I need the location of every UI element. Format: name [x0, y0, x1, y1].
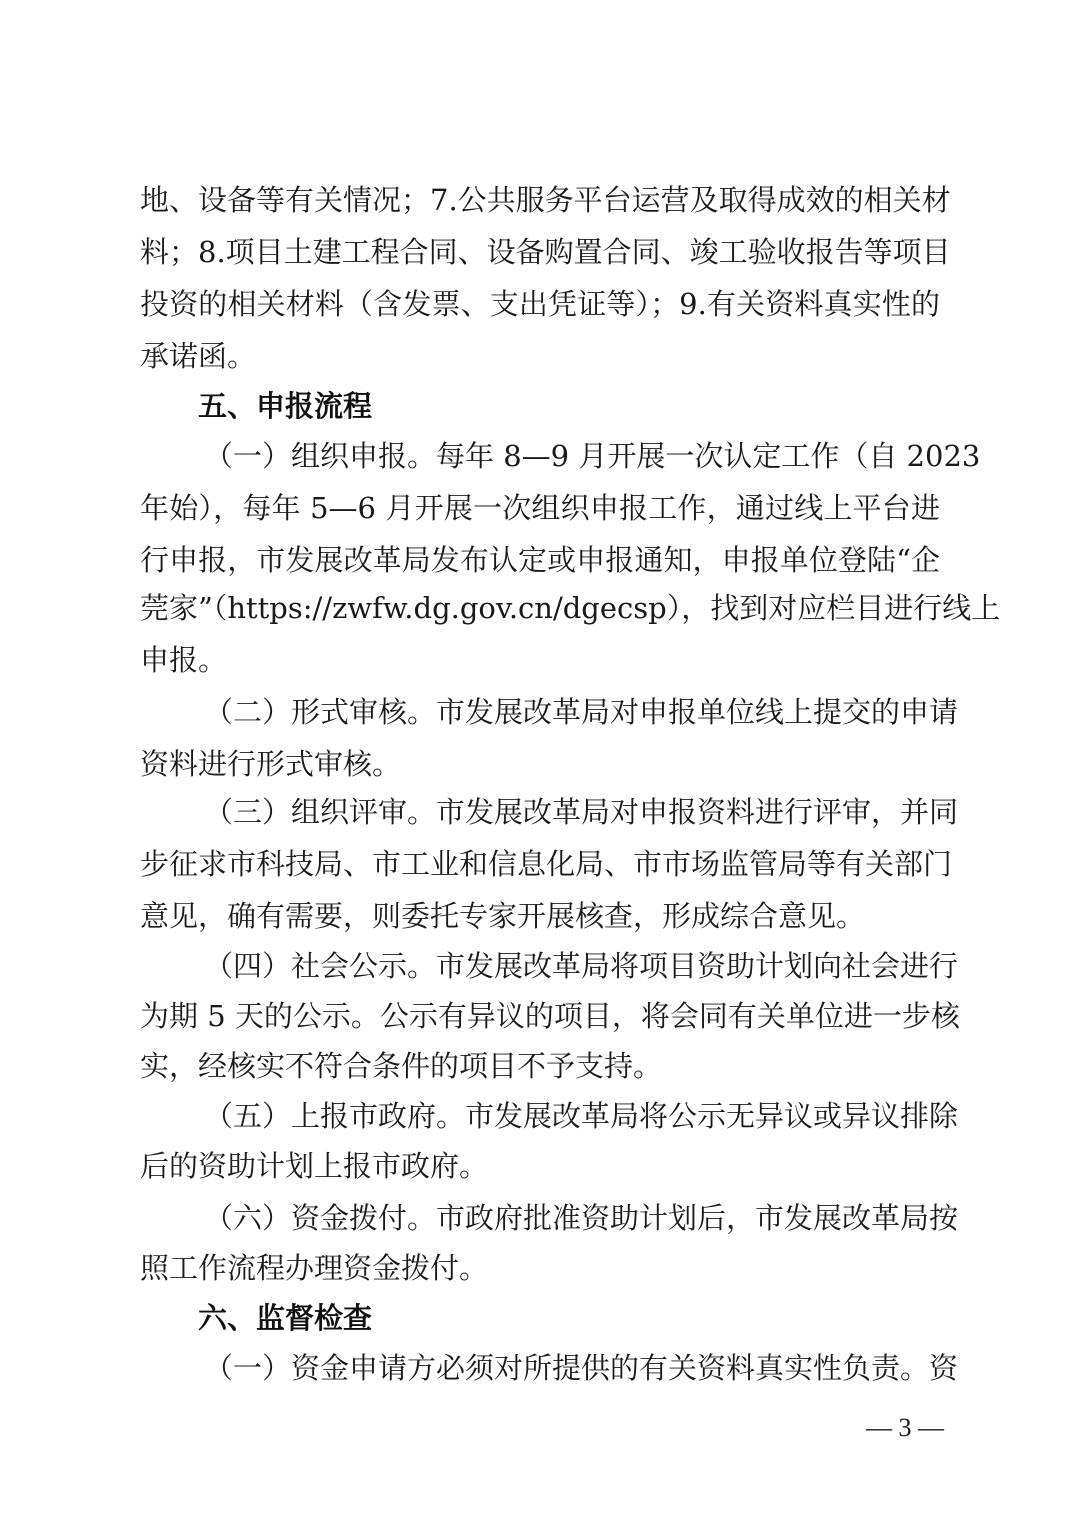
section-heading-supervision: 六、监督检查	[198, 1292, 372, 1344]
paragraph-line: 料；8.项目土建工程合同、设备购置合同、竣工验收报告等项目	[140, 226, 940, 278]
page-number: — 3 —	[860, 1408, 950, 1448]
paragraph-line: 年始），每年 5—6 月开展一次组织申报工作，通过线上平台进	[140, 482, 940, 534]
paragraph-line: （一）资金申请方必须对所提供的有关资料真实性负责。资	[204, 1342, 940, 1394]
paragraph-line: 步征求市科技局、市工业和信息化局、市市场监管局等有关部门	[140, 838, 940, 890]
paragraph-line: （二）形式审核。市发展改革局对申报单位线上提交的申请	[204, 686, 940, 738]
paragraph-line: 地、设备等有关情况；7.公共服务平台运营及取得成效的相关材	[140, 174, 940, 226]
paragraph-line: （四）社会公示。市发展改革局将项目资助计划向社会进行	[204, 940, 940, 992]
section-heading-application-process: 五、申报流程	[198, 380, 372, 432]
paragraph-line: 照工作流程办理资金拨付。	[140, 1242, 940, 1294]
paragraph-line: 资料进行形式审核。	[140, 738, 940, 790]
paragraph-line-with-url: 莞家”（https://zwfw.dg.gov.cn/dgecsp），找到对应栏…	[140, 582, 940, 634]
paragraph-line: 行申报，市发展改革局发布认定或申报通知，申报单位登陆“企	[140, 534, 940, 586]
paragraph-line: 承诺函。	[140, 330, 940, 382]
paragraph-line: （五）上报市政府。市发展改革局将公示无异议或异议排除	[204, 1090, 940, 1142]
paragraph-line: （一）组织申报。每年 8—9 月开展一次认定工作（自 2023	[204, 430, 940, 482]
paragraph-line: 投资的相关材料（含发票、支出凭证等）；9.有关资料真实性的	[140, 278, 940, 330]
paragraph-line: （三）组织评审。市发展改革局对申报资料进行评审，并同	[204, 786, 940, 838]
paragraph-line: （六）资金拨付。市政府批准资助计划后，市发展改革局按	[204, 1192, 940, 1244]
paragraph-line: 后的资助计划上报市政府。	[140, 1140, 940, 1192]
paragraph-line: 申报。	[140, 634, 940, 686]
document-page: 地、设备等有关情况；7.公共服务平台运营及取得成效的相关材 料；8.项目土建工程…	[0, 0, 1080, 1528]
paragraph-line: 实，经核实不符合条件的项目不予支持。	[140, 1040, 940, 1092]
paragraph-line: 意见，确有需要，则委托专家开展核查，形成综合意见。	[140, 890, 940, 942]
paragraph-line: 为期 5 天的公示。公示有异议的项目，将会同有关单位进一步核	[140, 990, 940, 1042]
